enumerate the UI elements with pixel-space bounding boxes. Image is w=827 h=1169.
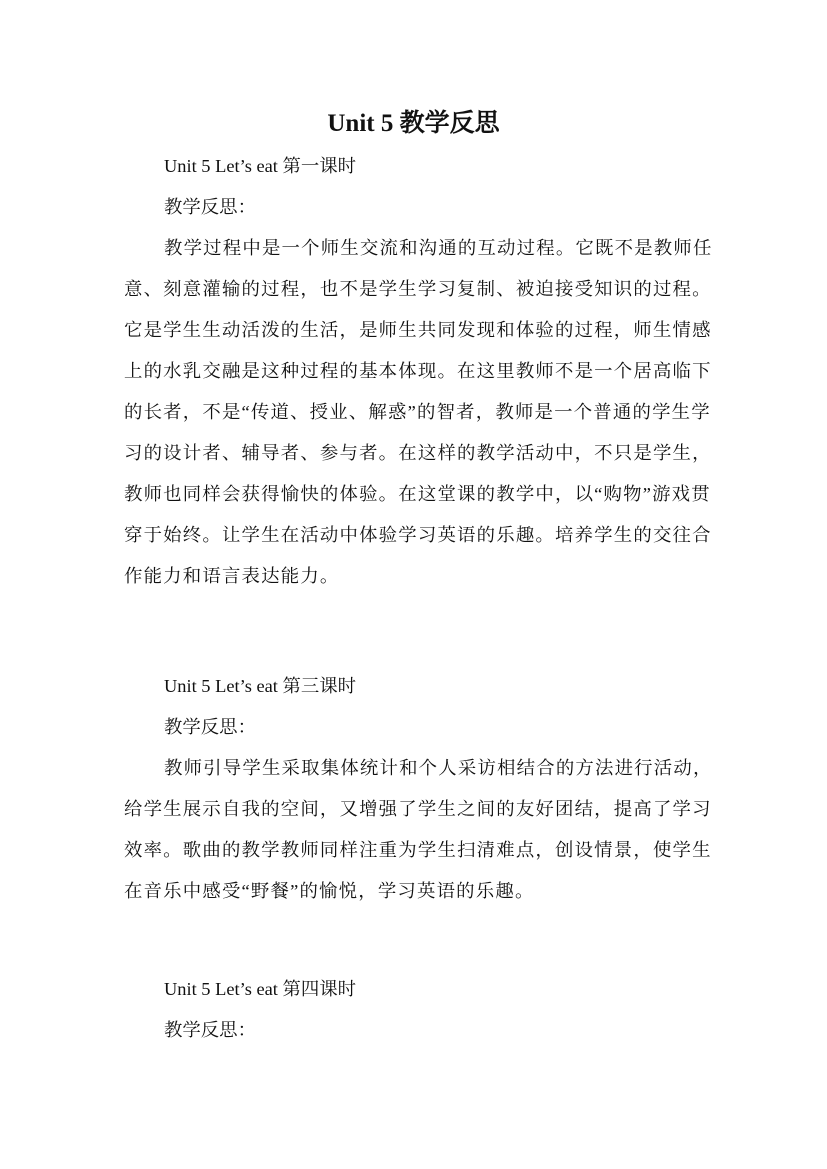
section-heading: Unit 5 Let’s eat 第一课时	[164, 153, 744, 179]
paragraph-line: 习的设计者、辅导者、参与者。在这样的教学活动中，不只是学生，	[124, 440, 704, 466]
paragraph-line: 教师也同样会获得愉快的体验。在这堂课的教学中，以“购物”游戏贯	[124, 481, 704, 507]
paragraph-line: 上的水乳交融是这种过程的基本体现。在这里教师不是一个居高临下	[124, 358, 704, 384]
paragraph-line: 给学生展示自我的空间，又增强了学生之间的友好团结，提高了学习	[124, 796, 704, 822]
paragraph-line: 效率。歌曲的教学教师同样注重为学生扫清难点，创设情景，使学生	[124, 837, 704, 863]
document-title: Unit 5 教学反思	[0, 106, 827, 142]
section-heading: Unit 5 Let’s eat 第三课时	[164, 673, 744, 699]
paragraph-line: 它是学生生动活泼的生活，是师生共同发现和体验的过程，师生情感	[124, 317, 704, 343]
paragraph-line: 穿于始终。让学生在活动中体验学习英语的乐趣。培养学生的交往合	[124, 522, 704, 548]
section-label: 教学反思：	[164, 1017, 744, 1043]
section-heading: Unit 5 Let’s eat 第四课时	[164, 976, 744, 1002]
section-label: 教学反思：	[164, 194, 744, 220]
paragraph-line: 作能力和语言表达能力。	[124, 563, 704, 589]
paragraph-line: 教学过程中是一个师生交流和沟通的互动过程。它既不是教师任	[164, 235, 744, 261]
paragraph-line: 意、刻意灌输的过程，也不是学生学习复制、被迫接受知识的过程。	[124, 276, 704, 302]
paragraph-line: 在音乐中感受“野餐”的愉悦，学习英语的乐趣。	[124, 878, 704, 904]
paragraph-line: 教师引导学生采取集体统计和个人采访相结合的方法进行活动，	[164, 755, 744, 781]
section-label: 教学反思：	[164, 714, 744, 740]
paragraph-line: 的长者，不是“传道、授业、解惑”的智者，教师是一个普通的学生学	[124, 399, 704, 425]
document-page: Unit 5 教学反思 Unit 5 Let’s eat 第一课时 教学反思： …	[0, 0, 827, 1169]
